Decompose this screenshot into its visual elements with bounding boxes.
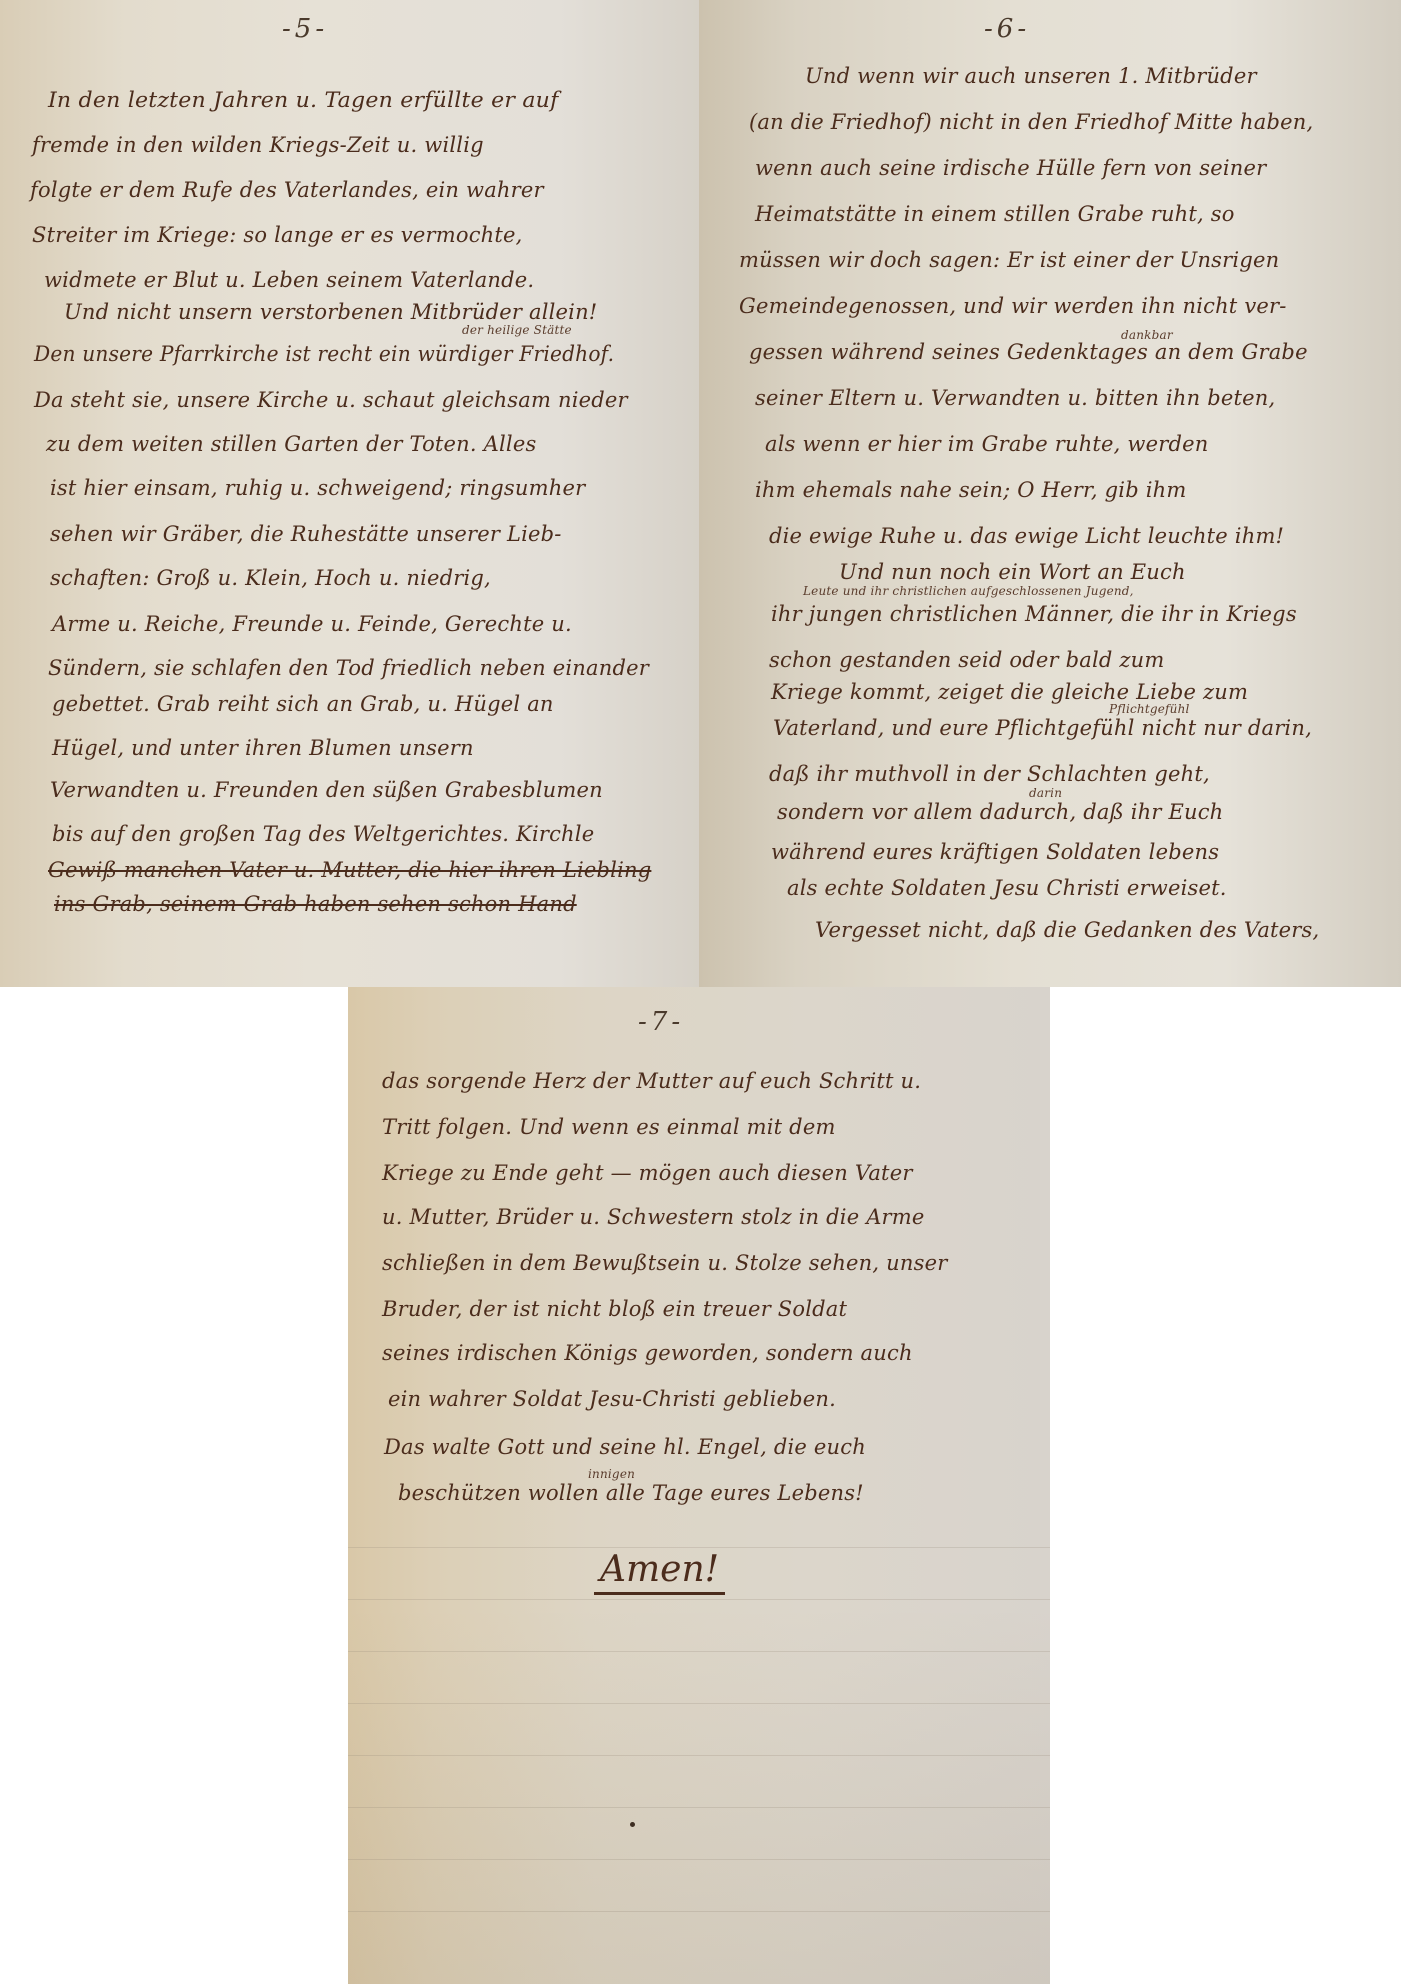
text-line: Das walte Gott und seine hl. Engel, die … — [384, 1435, 866, 1459]
text-line: fremde in den wilden Kriegs-Zeit u. will… — [32, 133, 484, 157]
text-line: Verwandten u. Freunden den süßen Grabesb… — [50, 778, 603, 802]
text-line: ihm ehemals nahe sein; O Herr, gib ihm — [755, 478, 1186, 502]
manuscript-page-7: -7- das sorgende Herz der Mutter auf euc… — [348, 987, 1050, 1984]
manuscript-page-5: -5- In den letzten Jahren u. Tagen erfül… — [0, 0, 699, 987]
text-line: Kriege kommt, zeiget die gleiche Liebe z… — [771, 680, 1248, 704]
text-line: gessen während seines Gedenktages an dem… — [749, 340, 1308, 364]
text-line: als echte Soldaten Jesu Christi erweiset… — [787, 876, 1227, 900]
superscript-note: innigen — [588, 1467, 635, 1481]
text-line: gebettet. Grab reiht sich an Grab, u. Hü… — [52, 692, 554, 716]
ruled-line — [348, 1807, 1050, 1808]
text-line: müssen wir doch sagen: Er ist einer der … — [739, 248, 1279, 272]
text-line: die ewige Ruhe u. das ewige Licht leucht… — [769, 524, 1284, 548]
text-line: u. Mutter, Brüder u. Schwestern stolz in… — [382, 1205, 925, 1229]
text-line: Den unsere Pfarrkirche ist recht ein wür… — [34, 342, 614, 366]
text-line: (an die Friedhof) nicht in den Friedhof … — [749, 110, 1313, 134]
ruled-line — [348, 1703, 1050, 1704]
text-line: Hügel, und unter ihren Blumen unsern — [52, 736, 474, 760]
text-line: beschützen wollen alle Tage eures Lebens… — [398, 1481, 864, 1505]
text-line: Kriege zu Ende geht — mögen auch diesen … — [382, 1161, 913, 1185]
text-line: daß ihr muthvoll in der Schlachten geht, — [769, 762, 1210, 786]
text-line: sondern vor allem dadurch, daß ihr Euch — [777, 800, 1223, 824]
text-line: Vergesset nicht, daß die Gedanken des Va… — [815, 918, 1319, 942]
text-line: Und wenn wir auch unseren 1. Mitbrüder — [805, 64, 1257, 88]
text-line: folgte er dem Rufe des Vaterlandes, ein … — [30, 178, 544, 202]
text-line: ein wahrer Soldat Jesu-Christi geblieben… — [388, 1387, 836, 1411]
text-line: Heimatstätte in einem stillen Grabe ruht… — [755, 202, 1235, 226]
text-line: zu dem weiten stillen Garten der Toten. … — [46, 432, 536, 456]
text-line: Sündern, sie schlafen den Tod friedlich … — [48, 656, 649, 680]
manuscript-page-6: -6- Und wenn wir auch unseren 1. Mitbrüd… — [699, 0, 1401, 987]
text-line: Arme u. Reiche, Freunde u. Feinde, Gerec… — [52, 612, 572, 636]
text-line: sehen wir Gräber, die Ruhestätte unserer… — [50, 522, 562, 546]
text-line: wenn auch seine irdische Hülle fern von … — [755, 156, 1266, 180]
text-line: während eures kräftigen Soldaten lebens — [771, 840, 1219, 864]
text-line: bis auf den großen Tag des Weltgerichtes… — [52, 822, 594, 846]
text-line: Da steht sie, unsere Kirche u. schaut gl… — [34, 388, 628, 412]
text-line: ihr jungen christlichen Männer, die ihr … — [771, 602, 1297, 626]
text-line: widmete er Blut u. Leben seinem Vaterlan… — [44, 268, 534, 292]
page-number: -6- — [984, 14, 1030, 44]
text-line: Streiter im Kriege: so lange er es vermo… — [32, 223, 523, 247]
text-line: Gemeindegenossen, und wir werden ihn nic… — [739, 294, 1287, 318]
ruled-line — [348, 1755, 1050, 1756]
superscript-note: Pflichtgefühl — [1109, 702, 1190, 716]
page-number: -5- — [282, 14, 328, 44]
text-line: In den letzten Jahren u. Tagen erfüllte … — [48, 88, 558, 112]
text-line: ist hier einsam, ruhig u. schweigend; ri… — [50, 476, 585, 500]
ruled-line — [348, 1859, 1050, 1860]
text-line: seines irdischen Königs geworden, sonder… — [382, 1341, 913, 1365]
superscript-note: der heilige Stätte — [462, 323, 572, 337]
text-line: Und nun noch ein Wort an Euch — [839, 560, 1186, 584]
text-line: Und nicht unsern verstorbenen Mitbrüder … — [64, 300, 597, 324]
ruled-line — [348, 1651, 1050, 1652]
text-line: schließen in dem Bewußtsein u. Stolze se… — [382, 1251, 947, 1275]
text-line: seiner Eltern u. Verwandten u. bitten ih… — [755, 386, 1275, 410]
superscript-note: darin — [1029, 786, 1062, 800]
ruled-line — [348, 1911, 1050, 1912]
text-line: Tritt folgen. Und wenn es einmal mit dem — [382, 1115, 836, 1139]
struck-text-line: Gewiß manchen Vater u. Mutter, die hier … — [48, 858, 651, 882]
text-line: als wenn er hier im Grabe ruhte, werden — [765, 432, 1208, 456]
superscript-note: Leute und ihr christlichen aufgeschlosse… — [803, 584, 1134, 598]
text-line: Vaterland, und eure Pflichtgefühl nicht … — [773, 716, 1312, 740]
closing-amen: Amen! — [594, 1549, 725, 1595]
text-line: das sorgende Herz der Mutter auf euch Sc… — [382, 1069, 921, 1093]
text-line: Bruder, der ist nicht bloß ein treuer So… — [382, 1297, 847, 1321]
page-number: -7- — [638, 1007, 684, 1037]
text-line: schon gestanden seid oder bald zum — [769, 648, 1164, 672]
ruled-line — [348, 1547, 1050, 1548]
ink-spot — [630, 1822, 635, 1827]
text-line: schaften: Groß u. Klein, Hoch u. niedrig… — [50, 566, 491, 590]
ruled-line — [348, 1599, 1050, 1600]
struck-text-line: ins Grab, seinem Grab haben sehen schon … — [54, 892, 577, 916]
